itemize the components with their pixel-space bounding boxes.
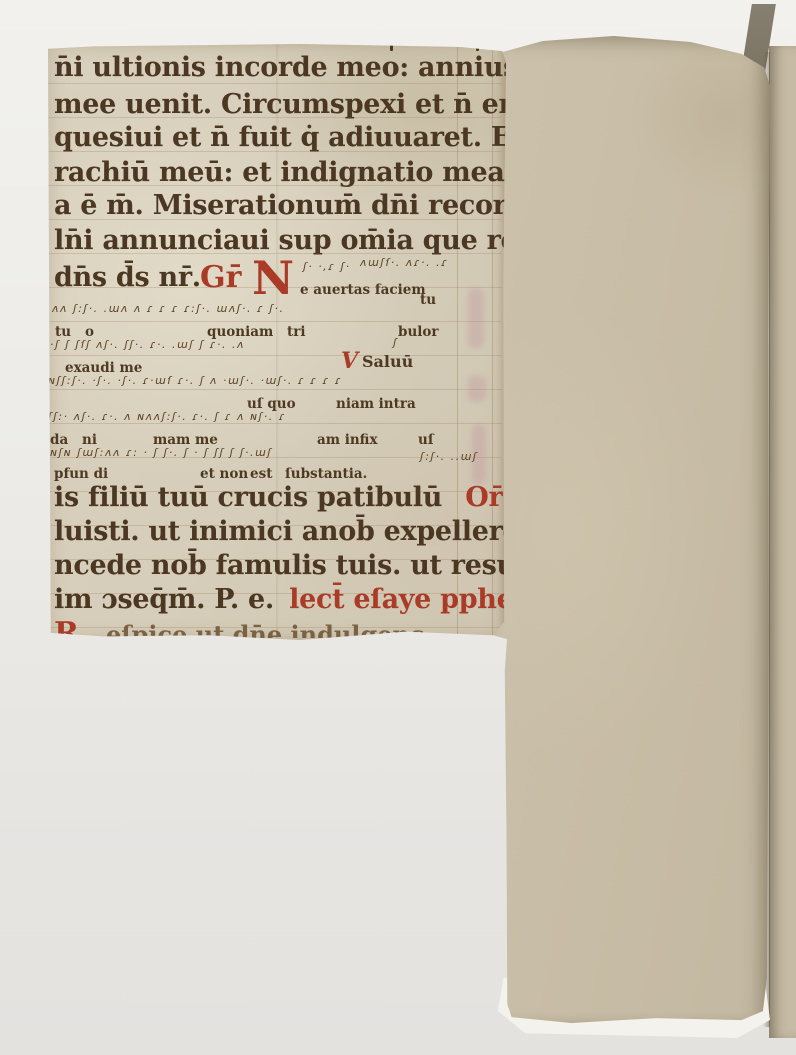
cut-letter-remnant (390, 44, 393, 51)
chant-syllable: e auertas faciem (300, 282, 426, 298)
text-line: quesiui et n̄ fuit q̇ adiuuaret. Et (54, 123, 523, 153)
red-neume: ʃ (393, 336, 398, 349)
truncated-text-line: R eſpice ut dn̄e indulgenc (54, 616, 494, 638)
chant-syllable: niam intra (336, 396, 416, 412)
pink-stain (468, 288, 484, 348)
text-line: is filiū tuū crucis patibulū Or̄. (54, 483, 511, 513)
chant-syllable: uſ (418, 432, 434, 448)
manuscript-fragment: n̄i ultionis incorde meo: annius mee uen… (48, 44, 506, 640)
chant-syllable: pfun di (54, 466, 108, 482)
chant-syllable: bulor (398, 324, 439, 340)
text-line: mee uenit. Circumspexi et n̄ erat (54, 90, 542, 120)
text-line: luisti. ut inimici anob̄ expelleres (54, 517, 534, 547)
chant-syllable: tri (287, 324, 305, 340)
album-leaf (486, 36, 770, 1028)
text-line: dn̄s d̄s nr̄. (54, 263, 201, 293)
text-line: ln̄i annunciaui sup om̄ia que red (54, 226, 536, 256)
pink-stain (468, 376, 486, 402)
chant-syllable: et non (200, 466, 248, 482)
chant-syllable: est (250, 466, 272, 482)
rubricated-initial-R: R (54, 616, 79, 638)
neumes: ·ʃ ʃ ʃſʃ ʌʃ·. ʃʃ·. ɾ·. .ɯʃ ʃ ɾ·. .ʌ (50, 338, 245, 351)
gradual-abbreviation: Gr̄ (200, 260, 241, 295)
underlying-leaf-edge (769, 46, 796, 1038)
versicle-mark: V (341, 348, 358, 374)
neumes: ʃ:ʃ·. ..ɯʃ (420, 450, 478, 463)
text-line: ncede nob̄ famulis tuis. ut resur (54, 551, 530, 581)
rubricated-initial-N: N (252, 258, 294, 298)
text-line: im ɔseq̄m̄. P. e. lect̄ eſaye pphete. (54, 585, 552, 615)
neumes: ɴʃɴ ʃɯʃ:ʌʌ ɾ: · ʃ ʃ·. ʃ · ʃ ʃʃ ʃ ʃ·.ɯʃ (50, 446, 272, 459)
cut-letter-remnant (476, 46, 479, 51)
neumes: ʃ· ·‚ɾ ʃ· (303, 260, 351, 273)
text-line: a ē m̄. Miserationum̄ dn̄i recorda (54, 191, 542, 221)
neumes: ʃʃ:· ʌʃ·. ɾ·. ʌ ɴʌʌʃ:ʃ·. ɾ·. ʃ ɾ ʌ ɴʃ·. … (48, 410, 286, 423)
chant-syllable: Saluū (362, 352, 413, 371)
text-segment: eſpice ut dn̄e indulgenc (106, 620, 425, 638)
neumes: ʌɯʃſ·. ʌɾ·. .ɾ (360, 256, 448, 269)
text-line: n̄i ultionis incorde meo: annius (54, 53, 518, 83)
neumes: ɴʃʃ:ʃ·. ·ʃ·. ·ʃ·. ɾ·ɯſ ɾ·. ʃ ʌ ·ɯʃ·. ·ɯʃ… (48, 374, 342, 387)
chant-syllable: tu (420, 292, 436, 308)
chant-syllable: am infix (317, 432, 378, 448)
text-line: rachiū meū: et indignatio mea (54, 158, 505, 188)
text-segment: im ɔseq̄m̄. P. e. (54, 584, 274, 615)
neumes: ʌʌ ʃ:ʃ·. .ɯʌ ʌ ɾ ɾ ɾ ɾ:ʃ·. ɯʌʃ·. ɾ ʃ·. (52, 302, 284, 315)
text-segment: is filiū tuū crucis patibulū (54, 482, 442, 513)
chant-syllable: ſubstantia. (285, 466, 367, 482)
